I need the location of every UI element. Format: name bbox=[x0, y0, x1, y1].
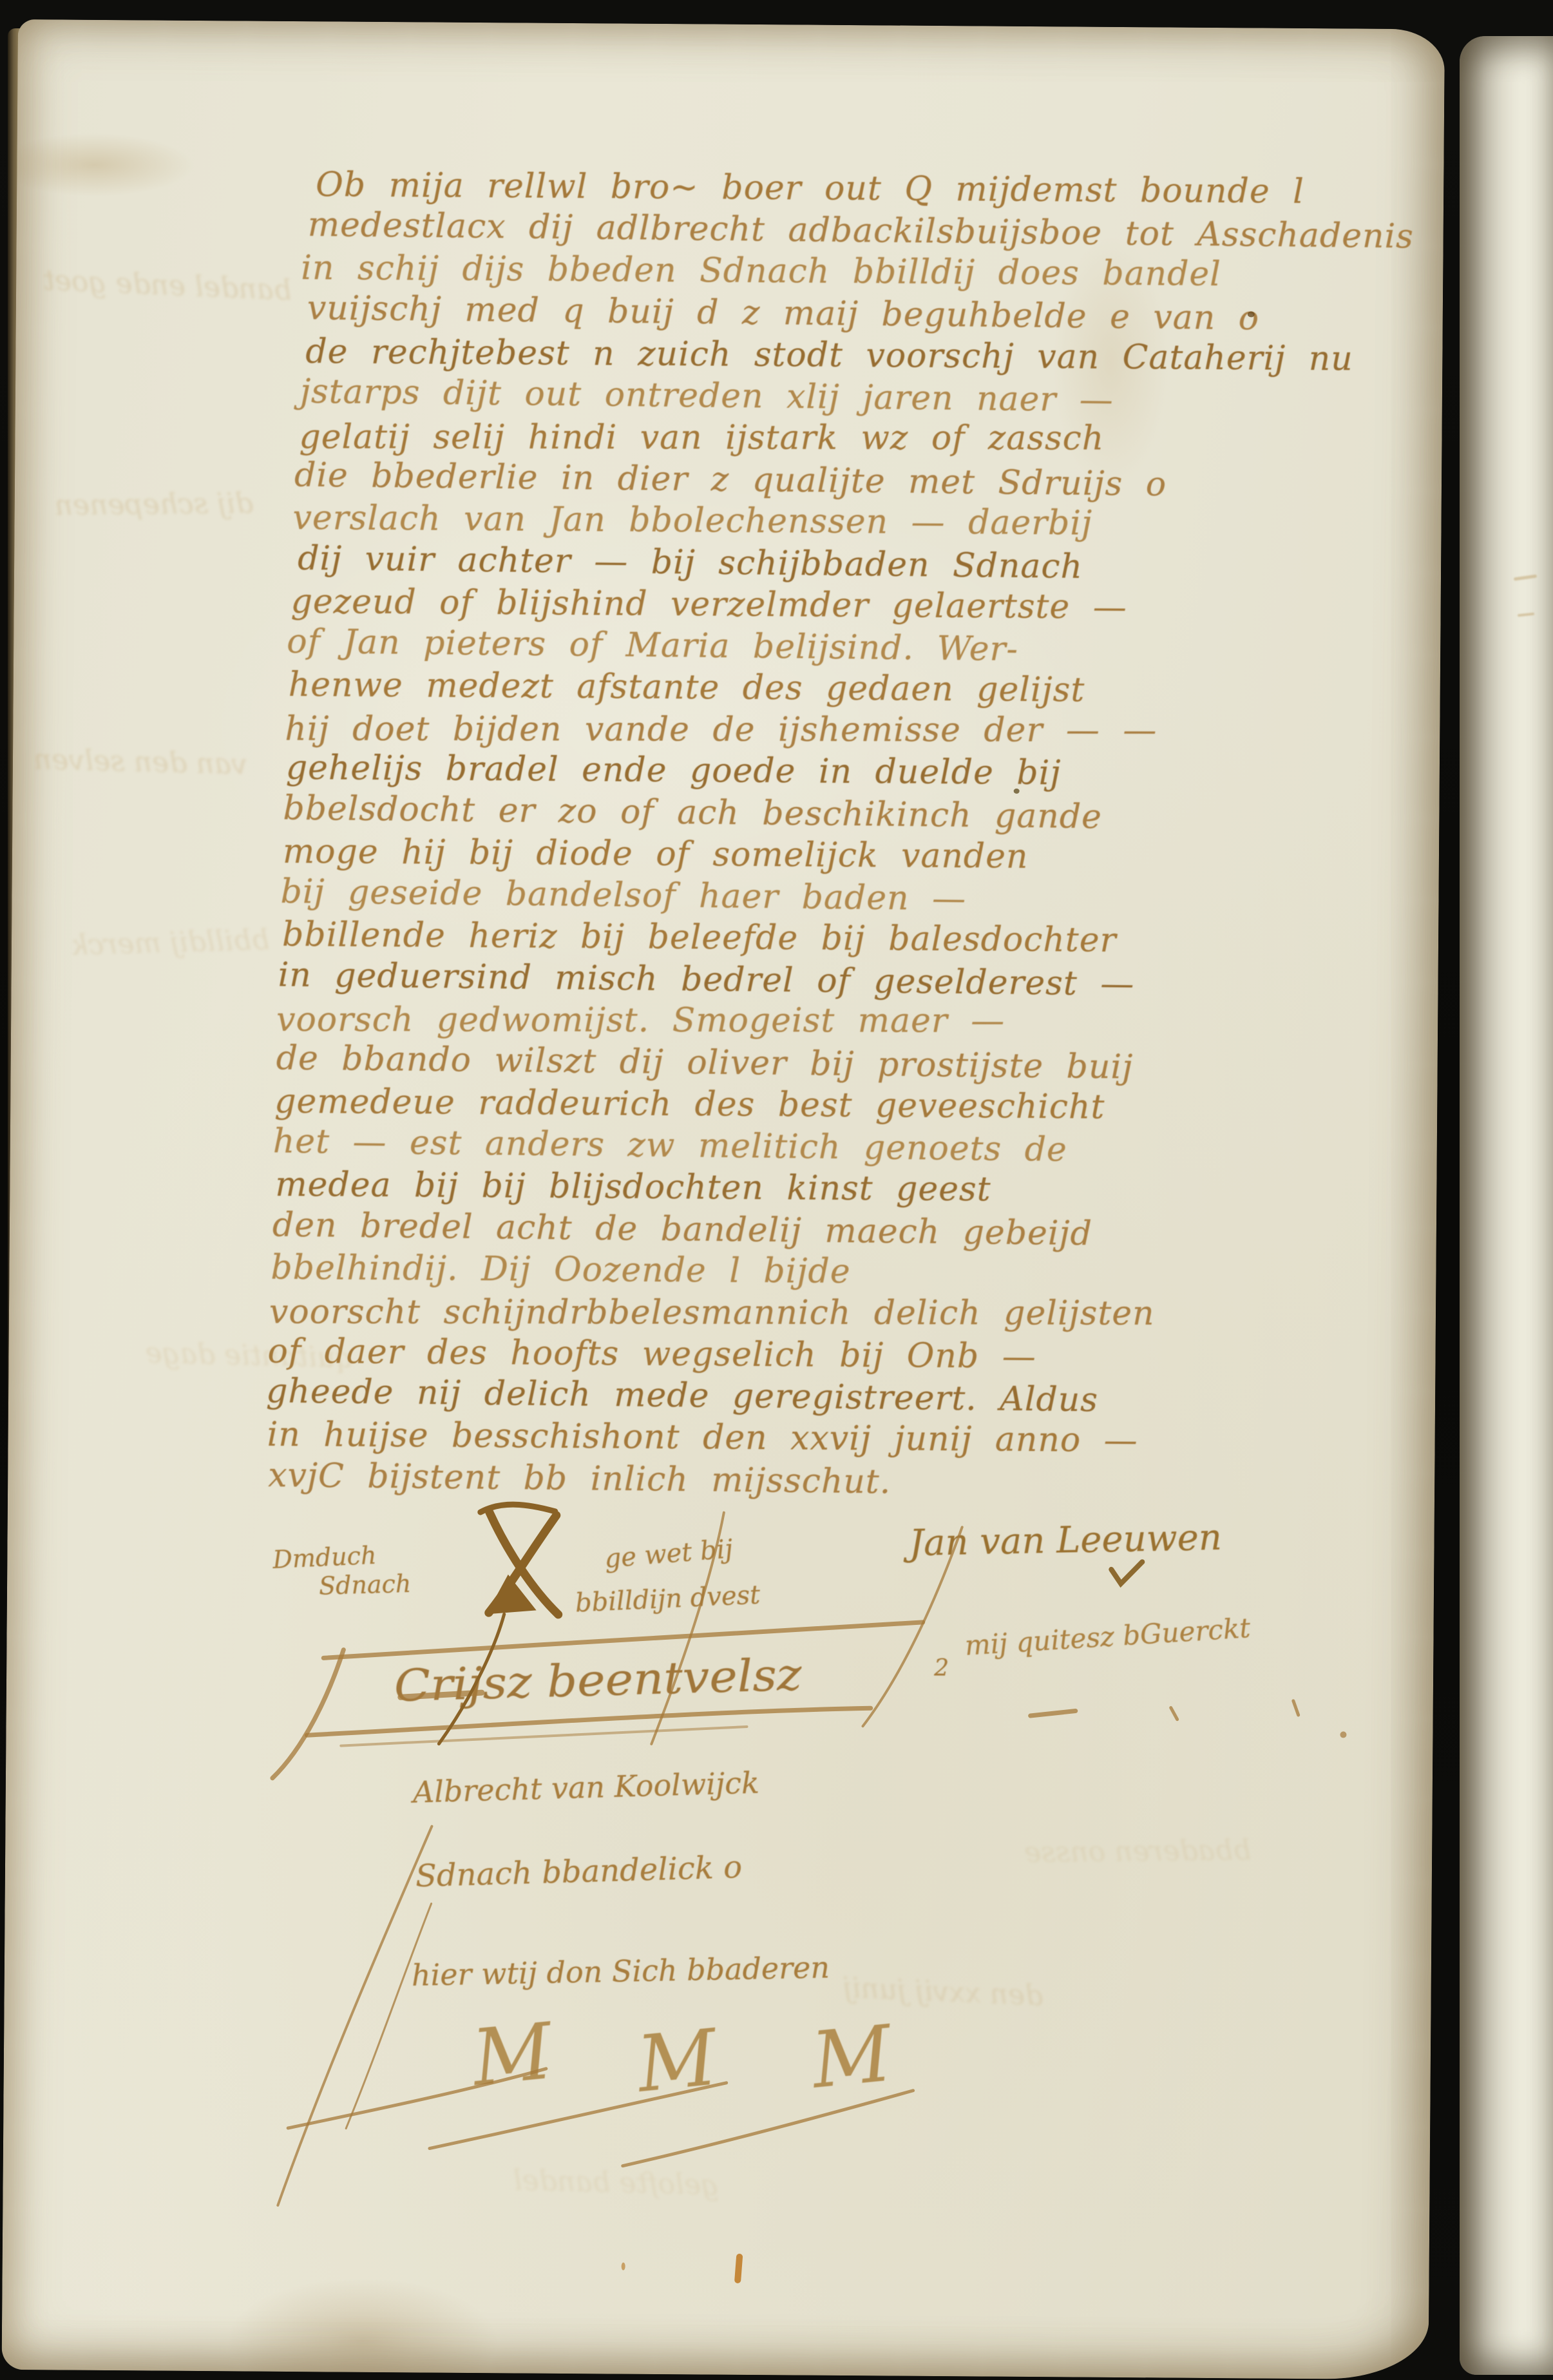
ink-dot bbox=[1340, 1731, 1346, 1738]
ink-stain bbox=[1248, 311, 1255, 317]
manuscript-scan: bandel ende goet dij schepenen van den s… bbox=[0, 0, 1553, 2380]
next-page-edge bbox=[1460, 36, 1553, 2375]
bleedthrough-dash bbox=[1514, 575, 1537, 581]
ink-stain bbox=[622, 2263, 625, 2270]
ink-stain bbox=[1014, 789, 1020, 794]
manuscript-page: bandel ende goet dij schepenen van den s… bbox=[2, 19, 1445, 2379]
ink-flourishes-svg bbox=[2, 19, 1445, 2379]
bleedthrough-dash bbox=[1518, 613, 1534, 617]
check-flourish-icon bbox=[1111, 1562, 1142, 1584]
notary-hand-mark-icon bbox=[439, 1504, 559, 1745]
